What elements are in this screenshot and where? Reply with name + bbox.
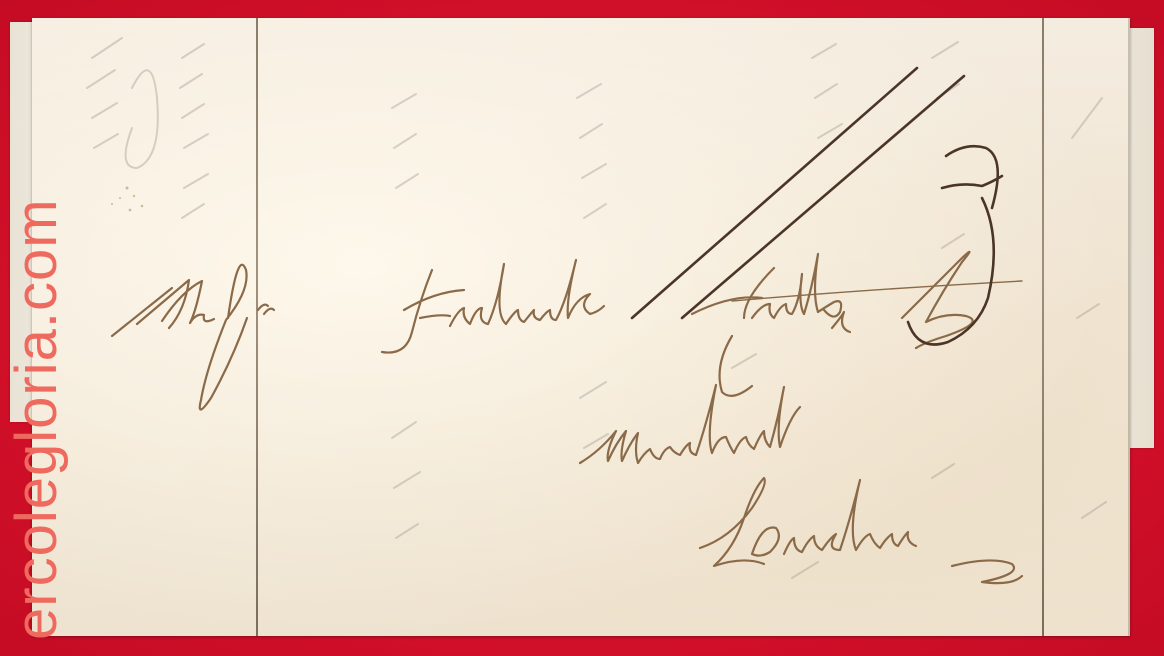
address-line-2: Merchants xyxy=(580,418,584,419)
handwritten-address xyxy=(32,18,1130,636)
red-background: Messrs Frederick Huth & Co Merchants Lon… xyxy=(0,0,1164,656)
manuscript-rate: 1/3 xyxy=(932,138,933,139)
watermark-text: ercolegloria.com xyxy=(8,20,66,640)
address-line-3: London xyxy=(700,508,703,509)
address-line-1: Messrs Frederick Huth & Co xyxy=(112,278,124,279)
folded-letter-cover: Messrs Frederick Huth & Co Merchants Lon… xyxy=(32,18,1130,636)
